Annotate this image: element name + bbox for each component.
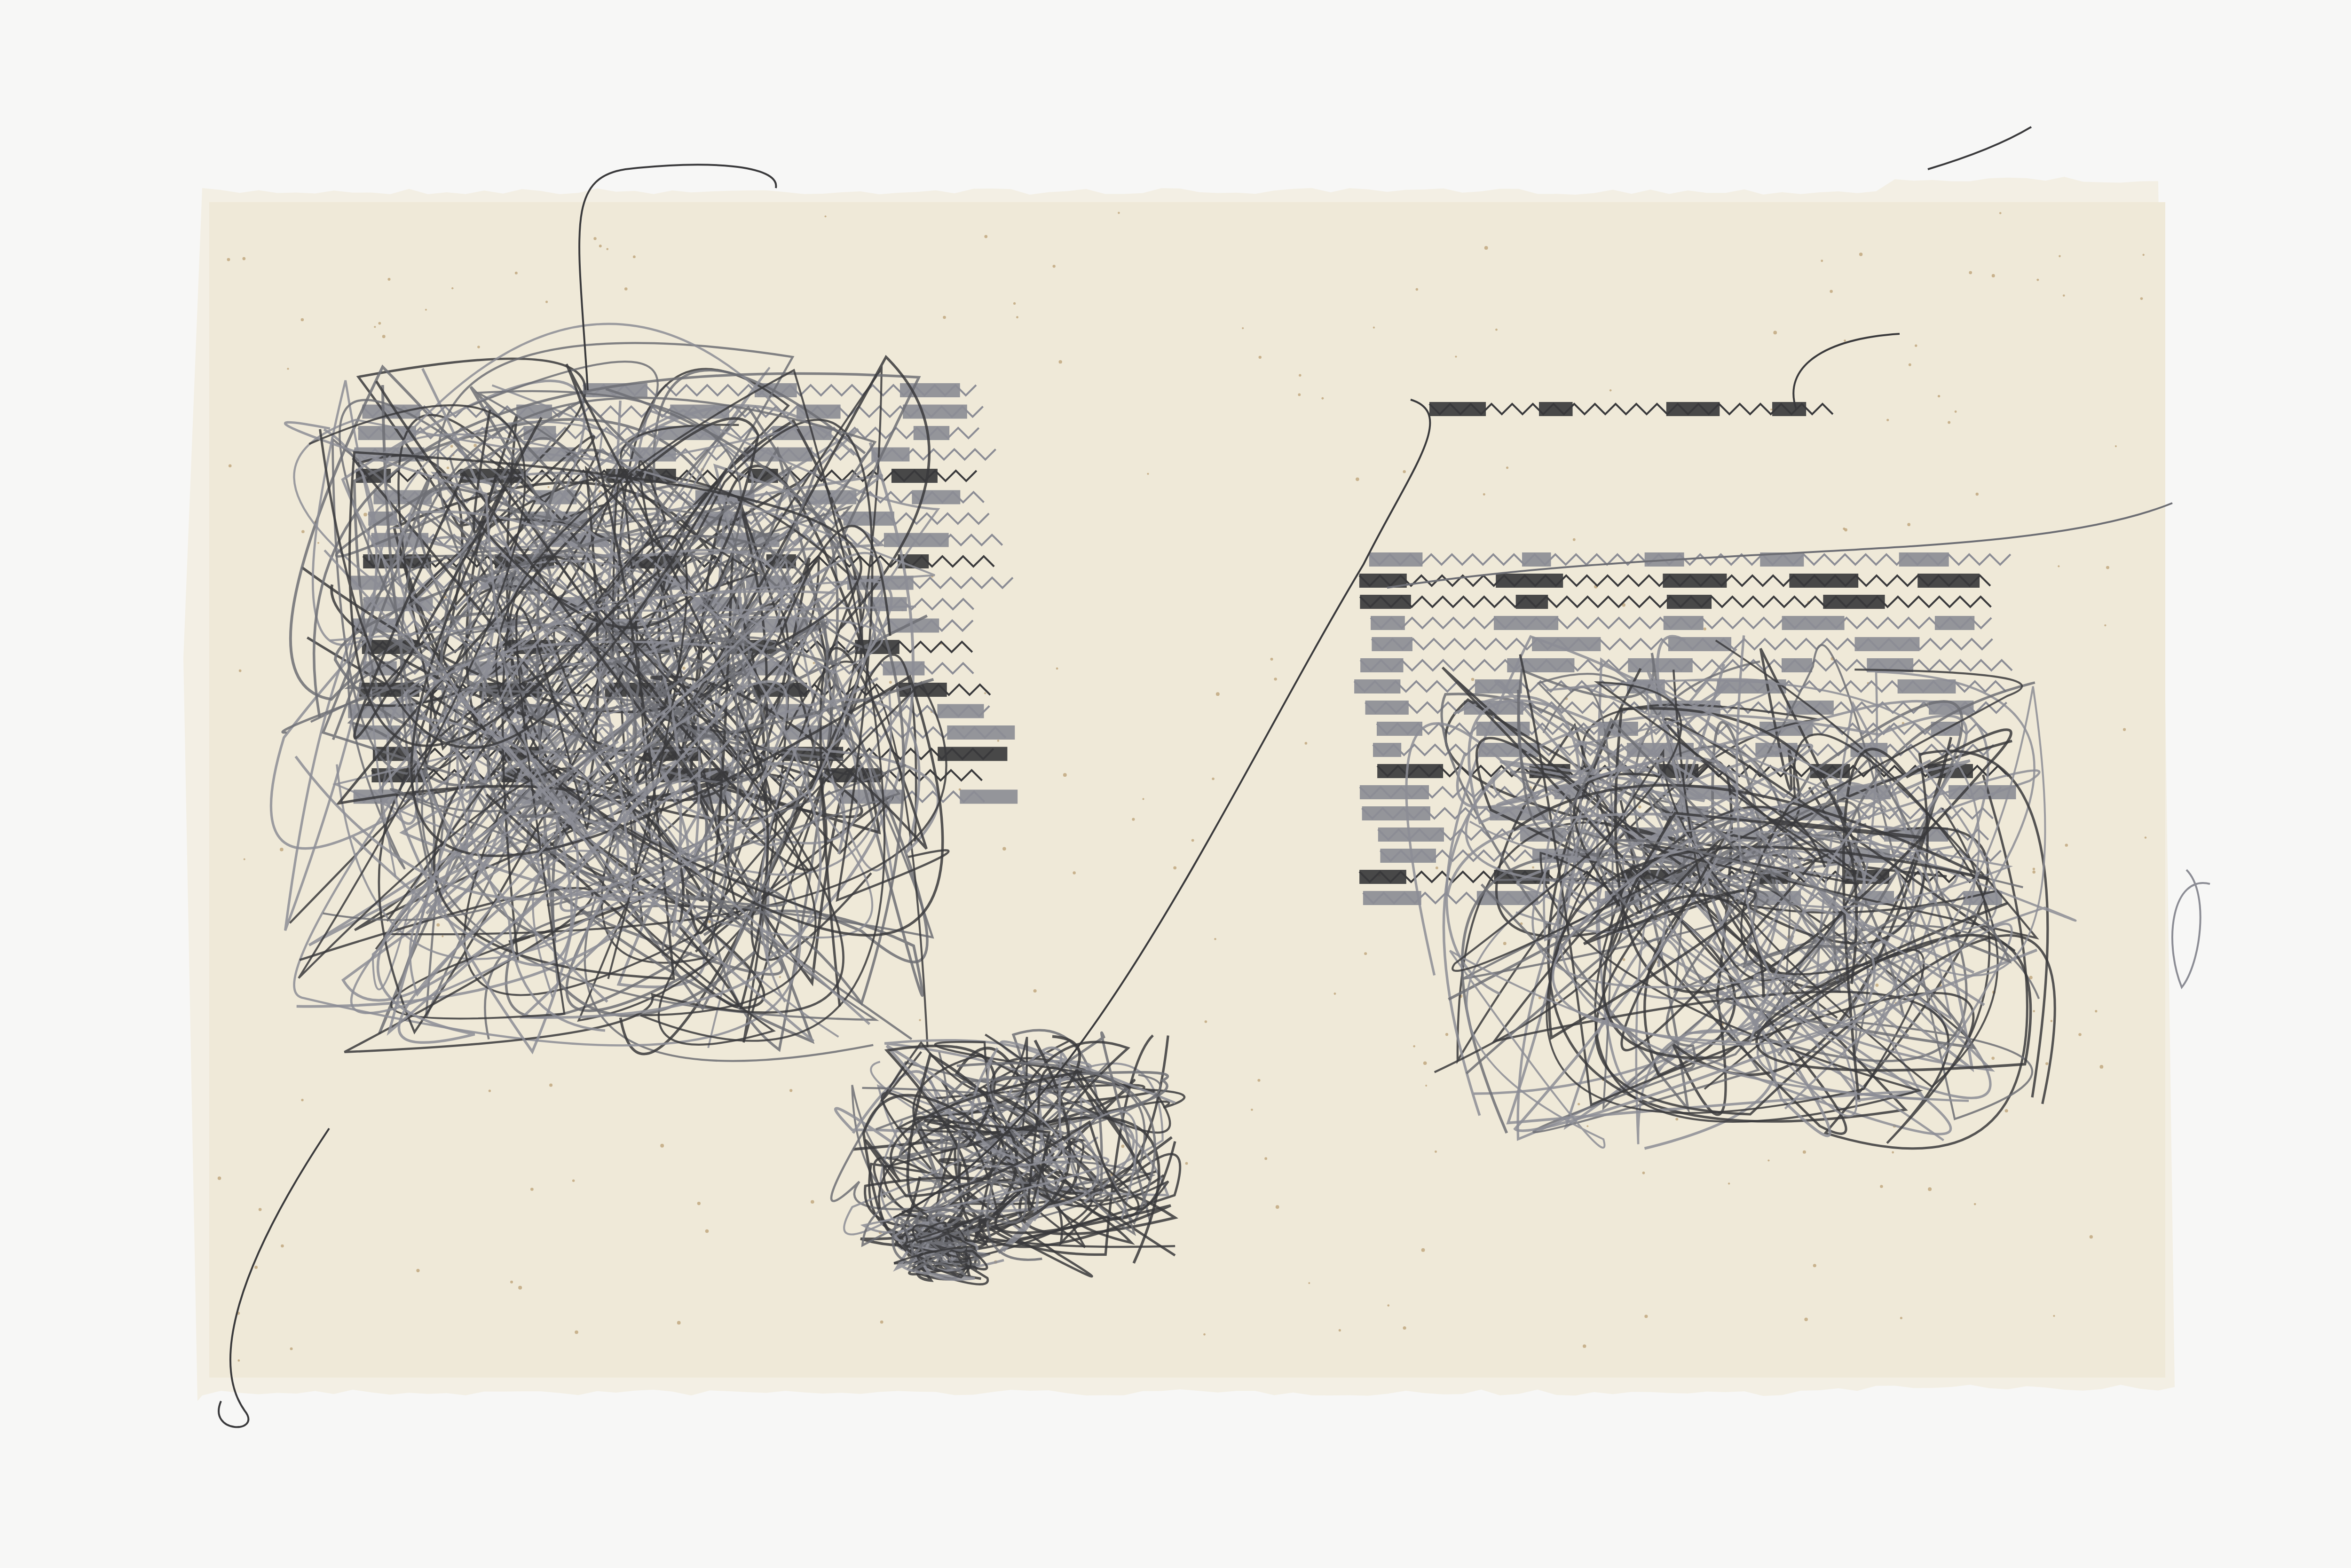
textile-artwork [0,0,2351,1568]
artwork-photo: Photograph of a textile artwork: cream c… [0,0,2351,1568]
